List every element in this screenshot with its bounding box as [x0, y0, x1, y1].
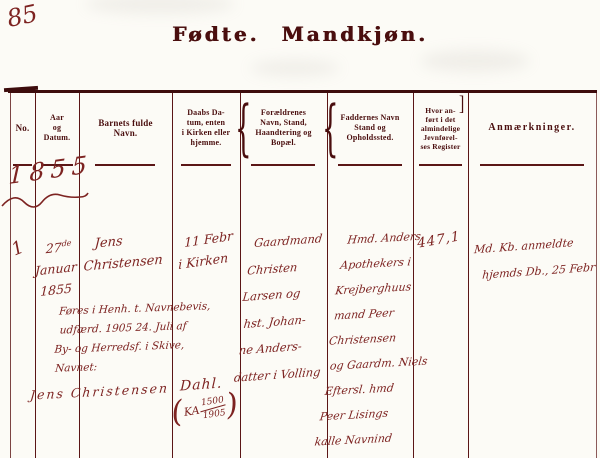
- scanned-parish-register-page: 85 Fødte. Mandkjøn. No. Aar og Datum. Ba…: [0, 0, 600, 458]
- birth-date: 27de Januar 1855: [36, 232, 78, 303]
- parents-entry: Gaardmand Christen Larsen og hst. Johan-…: [235, 224, 336, 390]
- header-brace-ornament: {: [322, 97, 339, 158]
- note-line: Navnet:: [54, 354, 207, 378]
- parents-line: datter i Volling: [233, 358, 322, 391]
- header-underline: [419, 164, 462, 166]
- scan-smudge: [420, 50, 530, 72]
- header-underline: [95, 164, 155, 166]
- column-header-no: No.: [10, 95, 35, 161]
- witnesses-line: og Gaardm. Niels: [328, 348, 429, 378]
- column-header-parents: Forældrenes Navn, Stand, Haandtering og …: [240, 95, 327, 161]
- scan-smudge: [85, 0, 235, 14]
- header-underline: [181, 164, 231, 166]
- child-name: Jens Christensen: [83, 227, 164, 278]
- journal-prefix: KA: [183, 403, 200, 418]
- header-underline: [338, 164, 402, 166]
- header-underline: [480, 164, 584, 166]
- scan-smudge: [250, 60, 340, 76]
- header-brace-ornament: {: [235, 97, 252, 158]
- birth-day: 27: [45, 239, 61, 256]
- baptism-date: 11 Febr i Kirken: [178, 225, 233, 275]
- column-header-remarks: Anmærkninger.: [468, 95, 596, 161]
- birth-year: 1855: [40, 277, 77, 302]
- column-header-baptism: Daabs Da- tum, enten i Kirken eller hjem…: [172, 95, 240, 161]
- header-bracket-ornament: ]: [459, 93, 464, 116]
- witnesses-entry: Hmd. Anders Apothekers i Krejberghuus ma…: [317, 223, 444, 455]
- journal-fraction: 1500 1905: [199, 395, 228, 421]
- name-signature: Jens Christensen: [29, 380, 169, 402]
- birth-day-suffix: de: [62, 238, 72, 248]
- entry-number: 1: [8, 237, 26, 261]
- paren-close: ): [224, 389, 240, 420]
- table-top-border: [8, 90, 597, 93]
- remarks-entry: Md. Kb. anmeldte hjemds Db., 25 Febr: [471, 229, 598, 290]
- column-header-date: Aar og Datum.: [35, 95, 79, 161]
- page-title: Fødte. Mandkjøn.: [0, 22, 600, 46]
- year-flourish-stroke: [0, 190, 90, 214]
- witnesses-line: kalle Navnind: [313, 424, 420, 455]
- table-vertical-rule: [596, 93, 597, 458]
- name-change-note: Føres i Henh. t. Navnebevis, udfærd. 190…: [54, 297, 211, 379]
- column-header-witnesses: Faddernes Navn Stand og Opholdssted.: [327, 95, 413, 161]
- journal-reference: ( KA 1500 1905 ): [169, 389, 240, 428]
- header-underline: [251, 164, 315, 166]
